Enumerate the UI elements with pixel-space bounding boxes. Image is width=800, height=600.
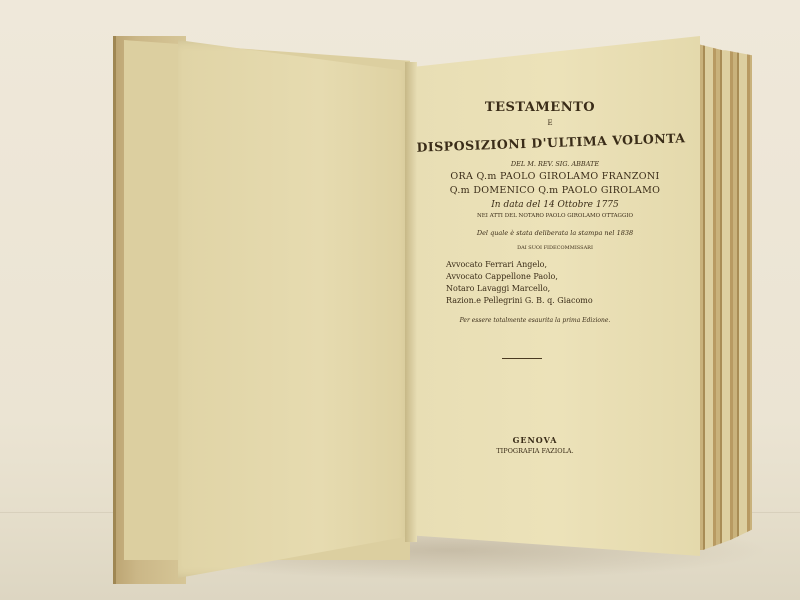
executor-item: Razion.e Pellegrini G. B. q. Giacomo — [446, 295, 690, 307]
imprint: GENOVA TIPOGRAFIA FAZIOLA. — [480, 435, 590, 455]
edition-note: Per essere totalmente esaurita la prima … — [380, 317, 690, 324]
imprint-city: GENOVA — [480, 435, 590, 445]
executor-item: Avvocato Ferrari Angelo, — [446, 259, 690, 271]
executor-item: Notaro Lavaggi Marcello, — [446, 283, 690, 295]
date-line: In data del 14 Ottobre 1775 — [420, 200, 690, 210]
author-prefix: DEL M. REV. SIG. ABBATE — [420, 160, 690, 168]
author-name-2: Q.m DOMENICO Q.m PAOLO GIROLAMO — [420, 185, 690, 196]
photo-scene: TESTAMENTO E DISPOSIZIONI D'ULTIMA VOLON… — [0, 0, 800, 600]
title-page-text: TESTAMENTO E DISPOSIZIONI D'ULTIMA VOLON… — [420, 100, 690, 359]
book-subtitle: DISPOSIZIONI D'ULTIMA VOLONTA — [412, 130, 690, 155]
title-conjunction: E — [410, 119, 690, 127]
imprint-press: TIPOGRAFIA FAZIOLA. — [480, 447, 590, 455]
author-name-1: ORA Q.m PAOLO GIROLAMO FRANZONI — [420, 171, 690, 182]
ornamental-rule — [502, 358, 542, 359]
book-gutter — [405, 62, 417, 542]
book-title: TESTAMENTO — [390, 100, 690, 115]
by-line: DAI SUOI FIDECOMMISSARI — [420, 245, 690, 251]
publication-note: Del quale è stata deliberata la stampa n… — [420, 229, 690, 237]
notary-line: NEI ATTI DEL NOTARO PAOLO GIROLAMO OTTAG… — [420, 213, 690, 219]
left-flyleaf — [178, 40, 416, 578]
executors-list: Avvocato Ferrari Angelo, Avvocato Cappel… — [446, 259, 690, 307]
executor-item: Avvocato Cappellone Paolo, — [446, 271, 690, 283]
